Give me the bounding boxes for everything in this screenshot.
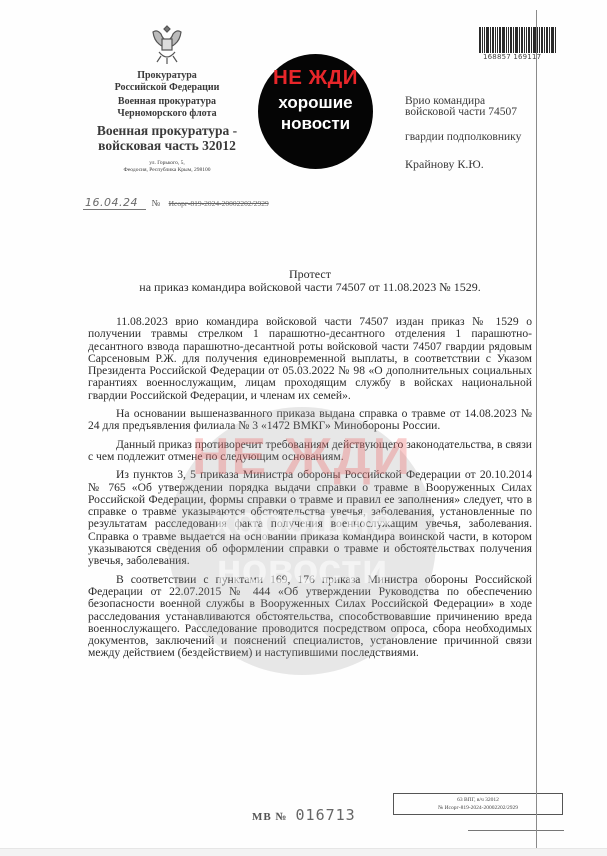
issuer-line: Военная прокуратура (92, 96, 242, 108)
registration-number: Исорг-819-2024-20002202/2929 (169, 199, 269, 208)
body-paragraph: Из пунктов 3, 5 приказа Министра обороны… (88, 469, 532, 567)
addressee-name: Крайнову К.Ю. (405, 159, 521, 170)
issuer-address: ул. Горького, 5, (92, 160, 242, 167)
document-body: 11.08.2023 врио командира войсковой част… (88, 316, 532, 660)
document-title-block: Протест на приказ командира войсковой ча… (60, 268, 560, 294)
barcode-icon (479, 27, 559, 53)
badge-line: новости (258, 113, 373, 134)
badge-line: НЕ ЖДИ (258, 67, 373, 89)
issuer-line: войсковая часть 32012 (92, 138, 242, 153)
registration-stamp: 63 ВПГ, в/ч 32012 № Исорг-819-2024-20002… (393, 793, 563, 815)
channel-logo-badge: НЕ ЖДИ хорошие новости (258, 54, 373, 169)
issuer-block: Прокуратура Российской Федерации Военная… (92, 70, 242, 174)
addressee-block: Врио командира войсковой части 74507 гва… (405, 96, 521, 170)
addressee-line: войсковой части 74507 (405, 107, 521, 118)
issuer-address: Феодосия, Республика Крым, 298100 (92, 167, 242, 174)
page-bottom-edge (0, 848, 607, 856)
document-subtitle: на приказ командира войсковой части 7450… (60, 281, 560, 294)
body-paragraph: В соответствии с пунктами 169, 176 прика… (88, 574, 532, 660)
number-label: № (151, 198, 160, 208)
barcode-number: 168857 169117 (483, 53, 541, 61)
issuer-line: Черноморского флота (92, 108, 242, 120)
document-page: Прокуратура Российской Федерации Военная… (0, 0, 607, 856)
body-paragraph: 11.08.2023 врио командира войсковой част… (88, 316, 532, 402)
scan-artifact-line (536, 10, 537, 848)
issuer-line: Прокуратура (92, 70, 242, 82)
issuer-line: Российской Федерации (92, 82, 242, 94)
coat-of-arms-icon (147, 22, 187, 66)
body-paragraph: Данный приказ противоречит требованиям д… (88, 439, 532, 464)
body-paragraph: На основании вышеназванного приказа выда… (88, 408, 532, 433)
registration-line: 16.04.24 № Исорг-819-2024-20002202/2929 (83, 196, 269, 209)
form-serial: МВ № 016713 (252, 806, 356, 825)
badge-line: хорошие (258, 92, 373, 113)
serial-number: 016713 (296, 806, 356, 824)
registration-date: 16.04.24 (83, 196, 146, 210)
addressee-line: гвардии подполковнику (405, 132, 521, 143)
signature-line (468, 830, 564, 831)
serial-prefix: МВ № (252, 811, 288, 823)
issuer-line: Военная прокуратура - (92, 123, 242, 138)
